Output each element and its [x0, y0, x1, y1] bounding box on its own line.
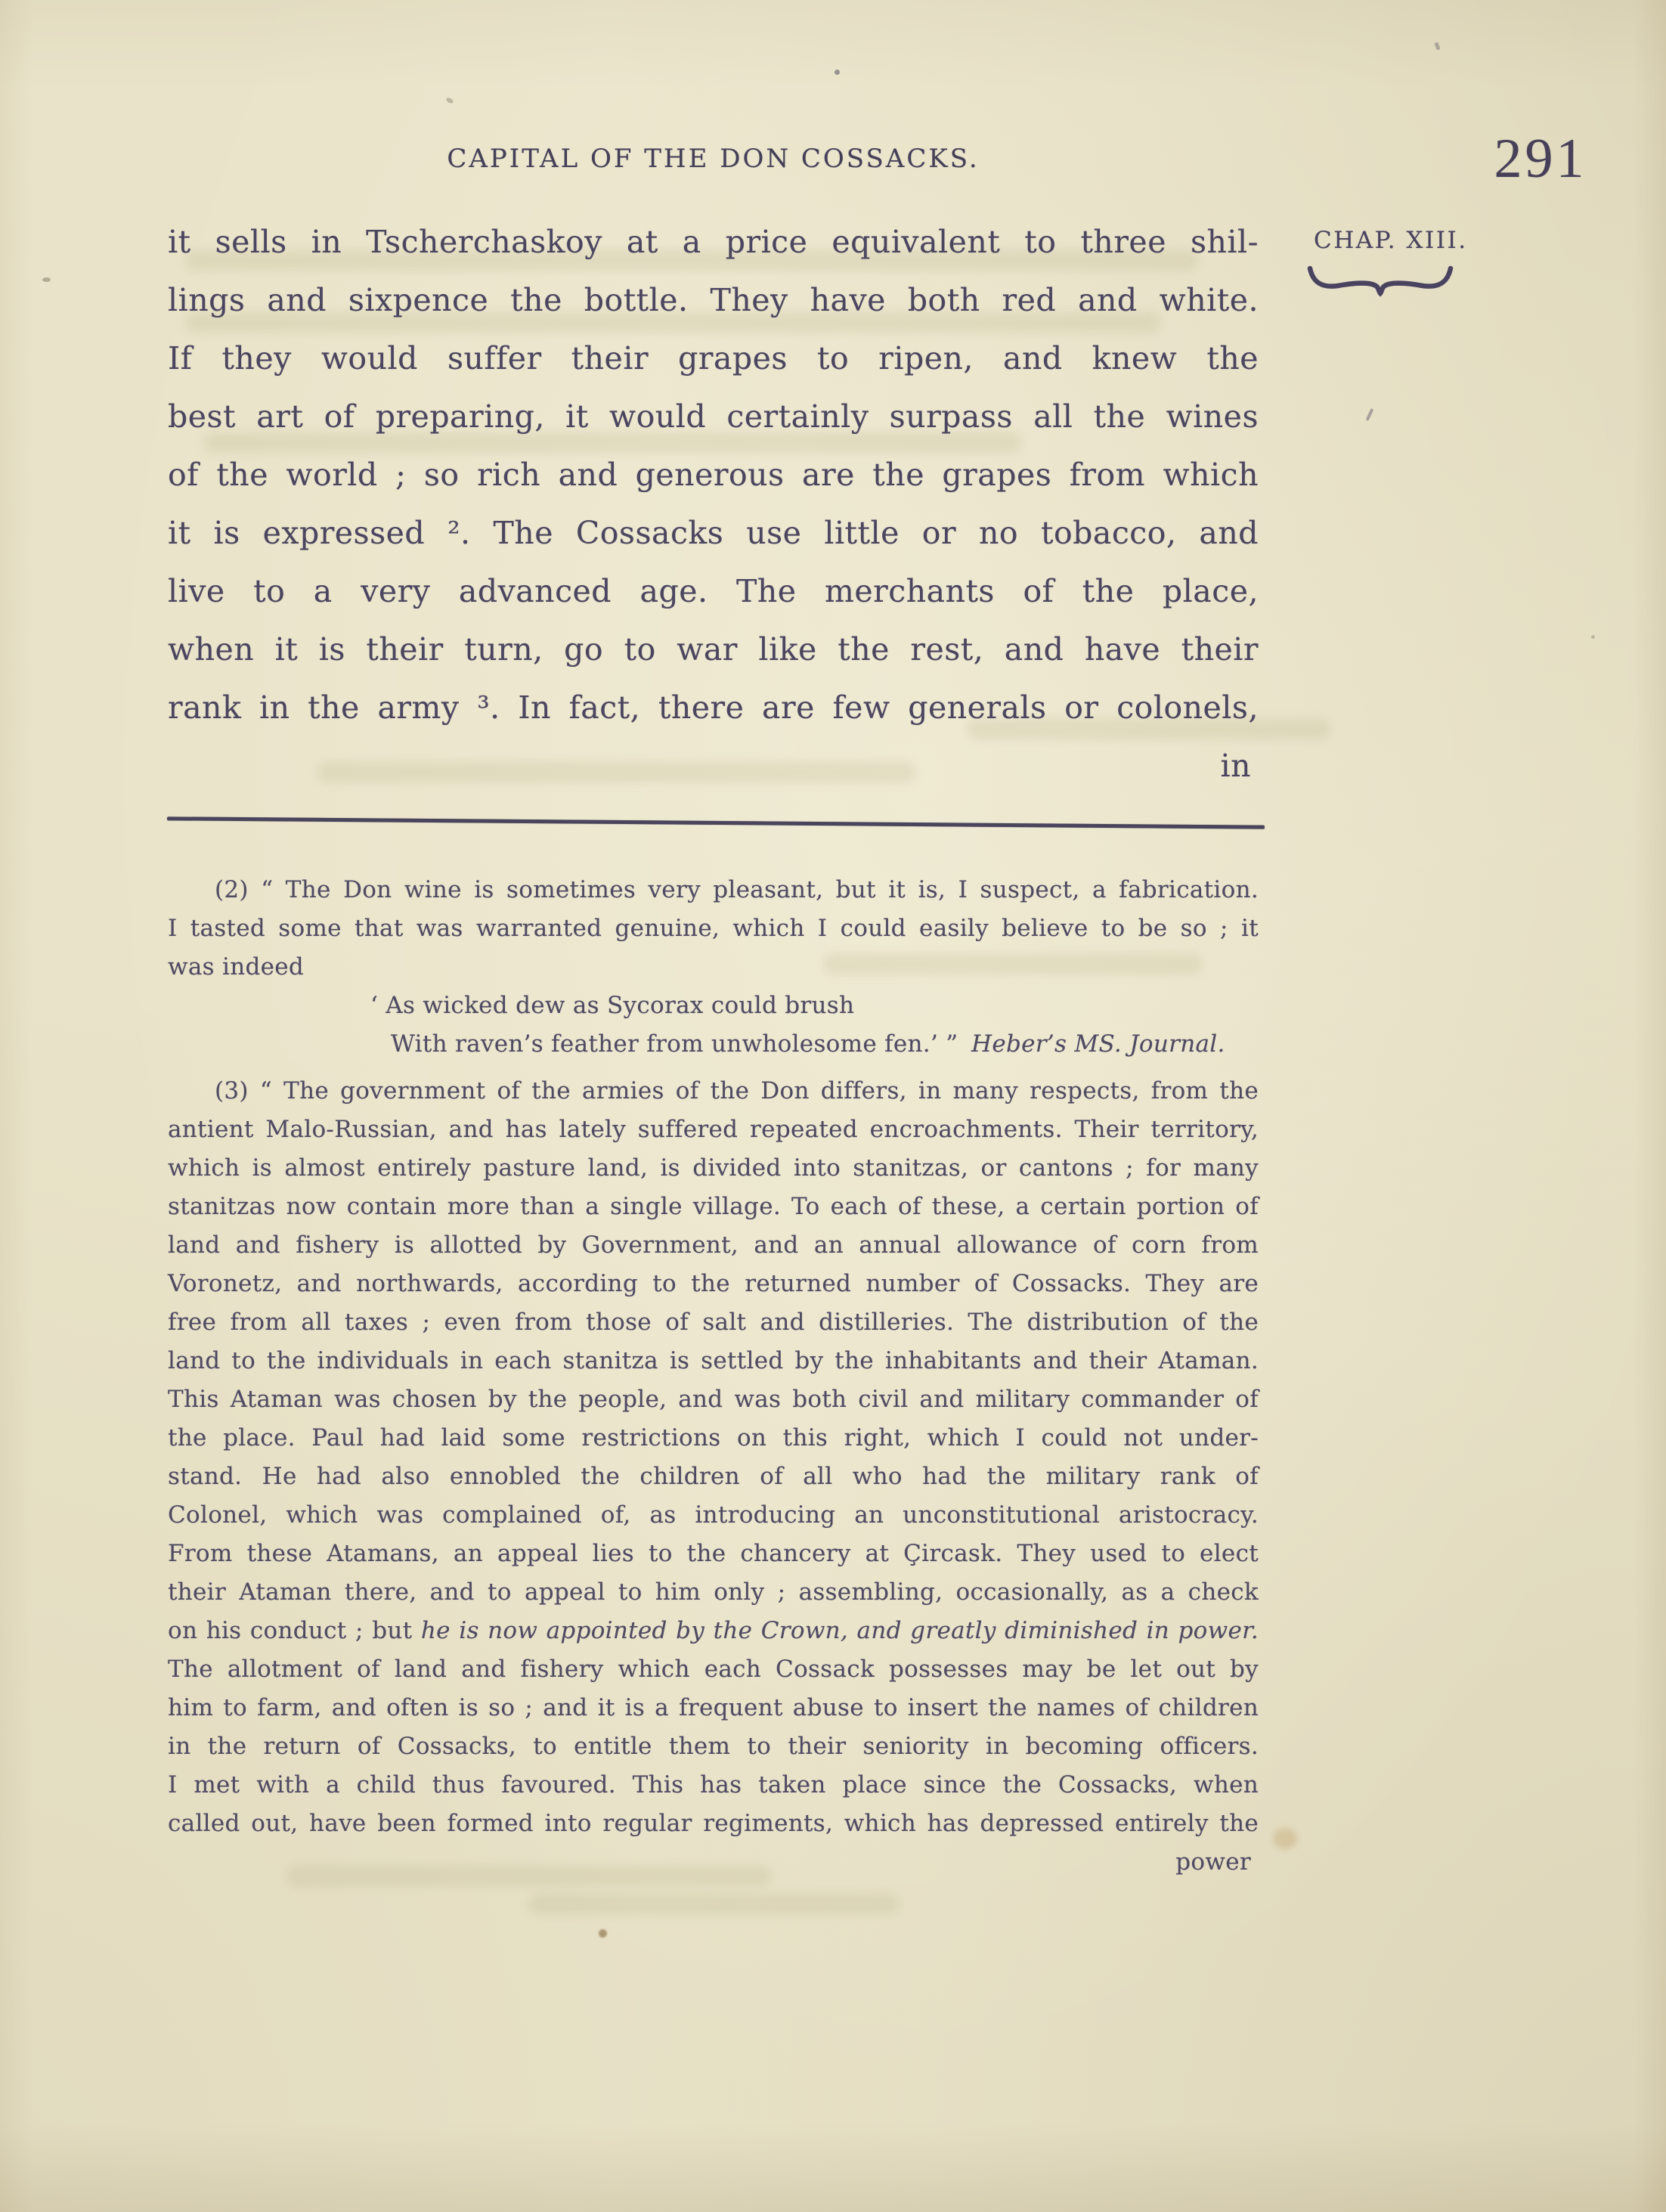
footnote-line: land and fishery is allotted by Governme… — [168, 1226, 1259, 1265]
footnote-line: antient Malo-Russian, and has lately suf… — [168, 1111, 1259, 1149]
verse-line: With raven’s feather from unwholesome fe… — [391, 1030, 958, 1058]
footnote-line: stand. He had also ennobled the children… — [168, 1458, 1259, 1496]
footnote-line: I met with a child thus favoured. This h… — [168, 1766, 1259, 1805]
footnote-line: him to farm, and often is so ; and it is… — [168, 1689, 1259, 1727]
main-paragraph: it sells in Tscherchaskoy at a price equ… — [168, 213, 1259, 795]
footnote-line: Colonel, which was complained of, as int… — [168, 1496, 1259, 1535]
footnote-line: their Ataman there, and to appeal to him… — [168, 1573, 1259, 1612]
footnote-line-italic-part: he is now appointed by the Crown, and gr… — [421, 1617, 1259, 1644]
footnote-line: in the return of Cossacks, to entitle th… — [168, 1727, 1259, 1766]
footnote-line: the place. Paul had laid some restrictio… — [168, 1419, 1259, 1458]
text-line: rank in the army ³. In fact, there are f… — [168, 679, 1259, 737]
foxing-spot — [1273, 1828, 1297, 1849]
footnote-2: (2) “ The Don wine is sometimes very ple… — [168, 871, 1259, 1064]
page-number: 291 — [1472, 127, 1609, 191]
footnote-line: (2) “ The Don wine is sometimes very ple… — [168, 871, 1259, 909]
footnote-line-roman-part: on his conduct ; but — [168, 1617, 421, 1644]
chapter-brace-ornament — [1305, 263, 1456, 298]
paper-speck — [835, 70, 840, 75]
footnote-line: I tasted some that was warranted genuine… — [168, 909, 1259, 948]
footnote-line: stanitzas now contain more than a single… — [168, 1188, 1259, 1226]
text-line: it sells in Tscherchaskoy at a price equ… — [168, 213, 1259, 271]
chapter-margin-note: CHAP. XIII. — [1314, 227, 1472, 254]
footnote-line: Voronetz, and northwards, according to t… — [168, 1265, 1259, 1303]
footnote-line: called out, have been formed into regula… — [168, 1805, 1259, 1843]
text-line: best art of preparing, it would certainl… — [168, 388, 1259, 446]
footnote-line: The allotment of land and fishery which … — [168, 1650, 1259, 1689]
footnote-divider — [167, 816, 1265, 829]
text-line: when it is their turn, go to war like th… — [168, 621, 1259, 679]
text-line: live to a very advanced age. The merchan… — [168, 562, 1259, 621]
footnote-line: (3) “ The government of the armies of th… — [168, 1072, 1259, 1111]
running-header: CAPITAL OF THE DON COSSACKS. — [168, 144, 1259, 174]
footnote-line: which is almost entirely pasture land, i… — [168, 1149, 1259, 1188]
verse-line: ‘ As wicked dew as Sycorax could brush — [168, 987, 1259, 1025]
catchword: power — [168, 1843, 1259, 1882]
footnote-line: This Ataman was chosen by the people, an… — [168, 1380, 1259, 1419]
paper-speck — [1434, 42, 1440, 50]
foxing-spot — [599, 1929, 607, 1938]
text-line: of the world ; so rich and generous are … — [168, 446, 1259, 504]
catchword: in — [168, 737, 1259, 795]
footnote-attribution: Heber’s MS. Journal. — [971, 1025, 1225, 1064]
text-line: lings and sixpence the bottle. They have… — [168, 271, 1259, 330]
footnote-line: From these Atamans, an appeal lies to th… — [168, 1535, 1259, 1573]
verso-ghost-text — [529, 1894, 900, 1914]
paper-speck — [42, 277, 51, 282]
footnote-line: free from all taxes ; even from those of… — [168, 1303, 1259, 1342]
paper-speck — [1366, 408, 1374, 421]
footnote-line: was indeed — [168, 948, 1259, 987]
verse-line-row: With raven’s feather from unwholesome fe… — [168, 1025, 1259, 1064]
text-line: it is expressed ². The Cossacks use litt… — [168, 504, 1259, 562]
text-line: If they would suffer their grapes to rip… — [168, 330, 1259, 388]
footnote-line: land to the individuals in each stanitza… — [168, 1342, 1259, 1380]
paper-speck — [445, 97, 454, 104]
footnote-line-mixed: on his conduct ; but he is now appointed… — [168, 1612, 1259, 1650]
footnote-3: (3) “ The government of the armies of th… — [168, 1072, 1259, 1882]
paper-speck — [1591, 635, 1595, 639]
